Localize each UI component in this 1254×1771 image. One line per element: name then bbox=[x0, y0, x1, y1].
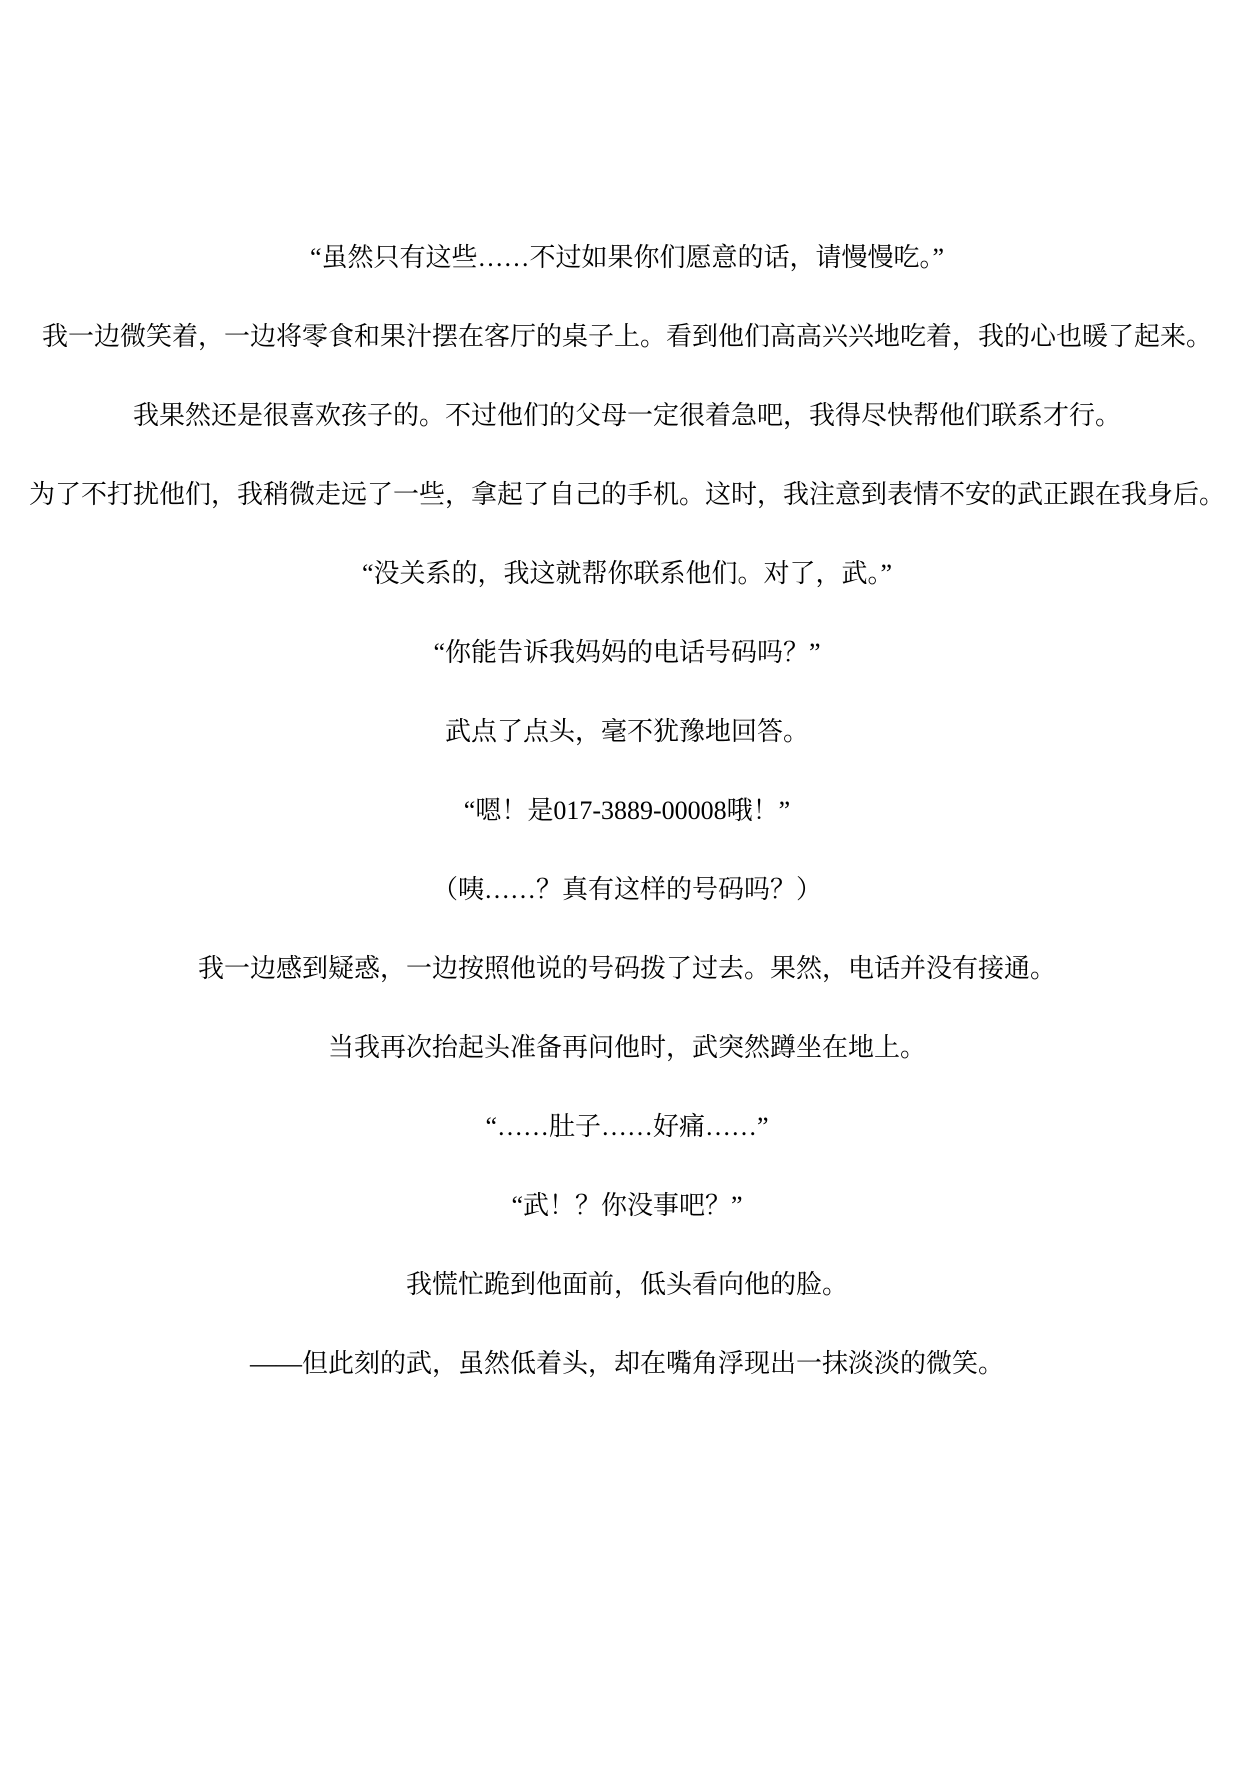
paragraph-narration: 当我再次抬起头准备再问他时，武突然蹲坐在地上。 bbox=[0, 1008, 1254, 1087]
paragraph-dialogue: “虽然只有这些……不过如果你们愿意的话，请慢慢吃。” bbox=[0, 218, 1254, 297]
novel-text-block: “虽然只有这些……不过如果你们愿意的话，请慢慢吃。” 我一边微笑着，一边将零食和… bbox=[0, 218, 1254, 1403]
document-page: “虽然只有这些……不过如果你们愿意的话，请慢慢吃。” 我一边微笑着，一边将零食和… bbox=[0, 0, 1254, 1771]
paragraph-inner-thought: （咦……？真有这样的号码吗？） bbox=[0, 850, 1254, 929]
paragraph-narration: 我一边感到疑惑，一边按照他说的号码拨了过去。果然，电话并没有接通。 bbox=[0, 929, 1254, 1008]
paragraph-dialogue: “你能告诉我妈妈的电话号码吗？” bbox=[0, 613, 1254, 692]
paragraph-narration: 我一边微笑着，一边将零食和果汁摆在客厅的桌子上。看到他们高高兴兴地吃着，我的心也… bbox=[0, 297, 1254, 376]
paragraph-narration: 我果然还是很喜欢孩子的。不过他们的父母一定很着急吧，我得尽快帮他们联系才行。 bbox=[0, 376, 1254, 455]
paragraph-dialogue: “武！？你没事吧？” bbox=[0, 1166, 1254, 1245]
paragraph-dialogue-phone-number: “嗯！是017-3889-00008哦！” bbox=[0, 771, 1254, 850]
paragraph-narration: 为了不打扰他们，我稍微走远了一些，拿起了自己的手机。这时，我注意到表情不安的武正… bbox=[0, 455, 1254, 534]
paragraph-narration: 武点了点头，毫不犹豫地回答。 bbox=[0, 692, 1254, 771]
paragraph-dialogue: “……肚子……好痛……” bbox=[0, 1087, 1254, 1166]
paragraph-dialogue: “没关系的，我这就帮你联系他们。对了，武。” bbox=[0, 534, 1254, 613]
paragraph-narration: 我慌忙跪到他面前，低头看向他的脸。 bbox=[0, 1245, 1254, 1324]
paragraph-narration: ——但此刻的武，虽然低着头，却在嘴角浮现出一抹淡淡的微笑。 bbox=[0, 1324, 1254, 1403]
